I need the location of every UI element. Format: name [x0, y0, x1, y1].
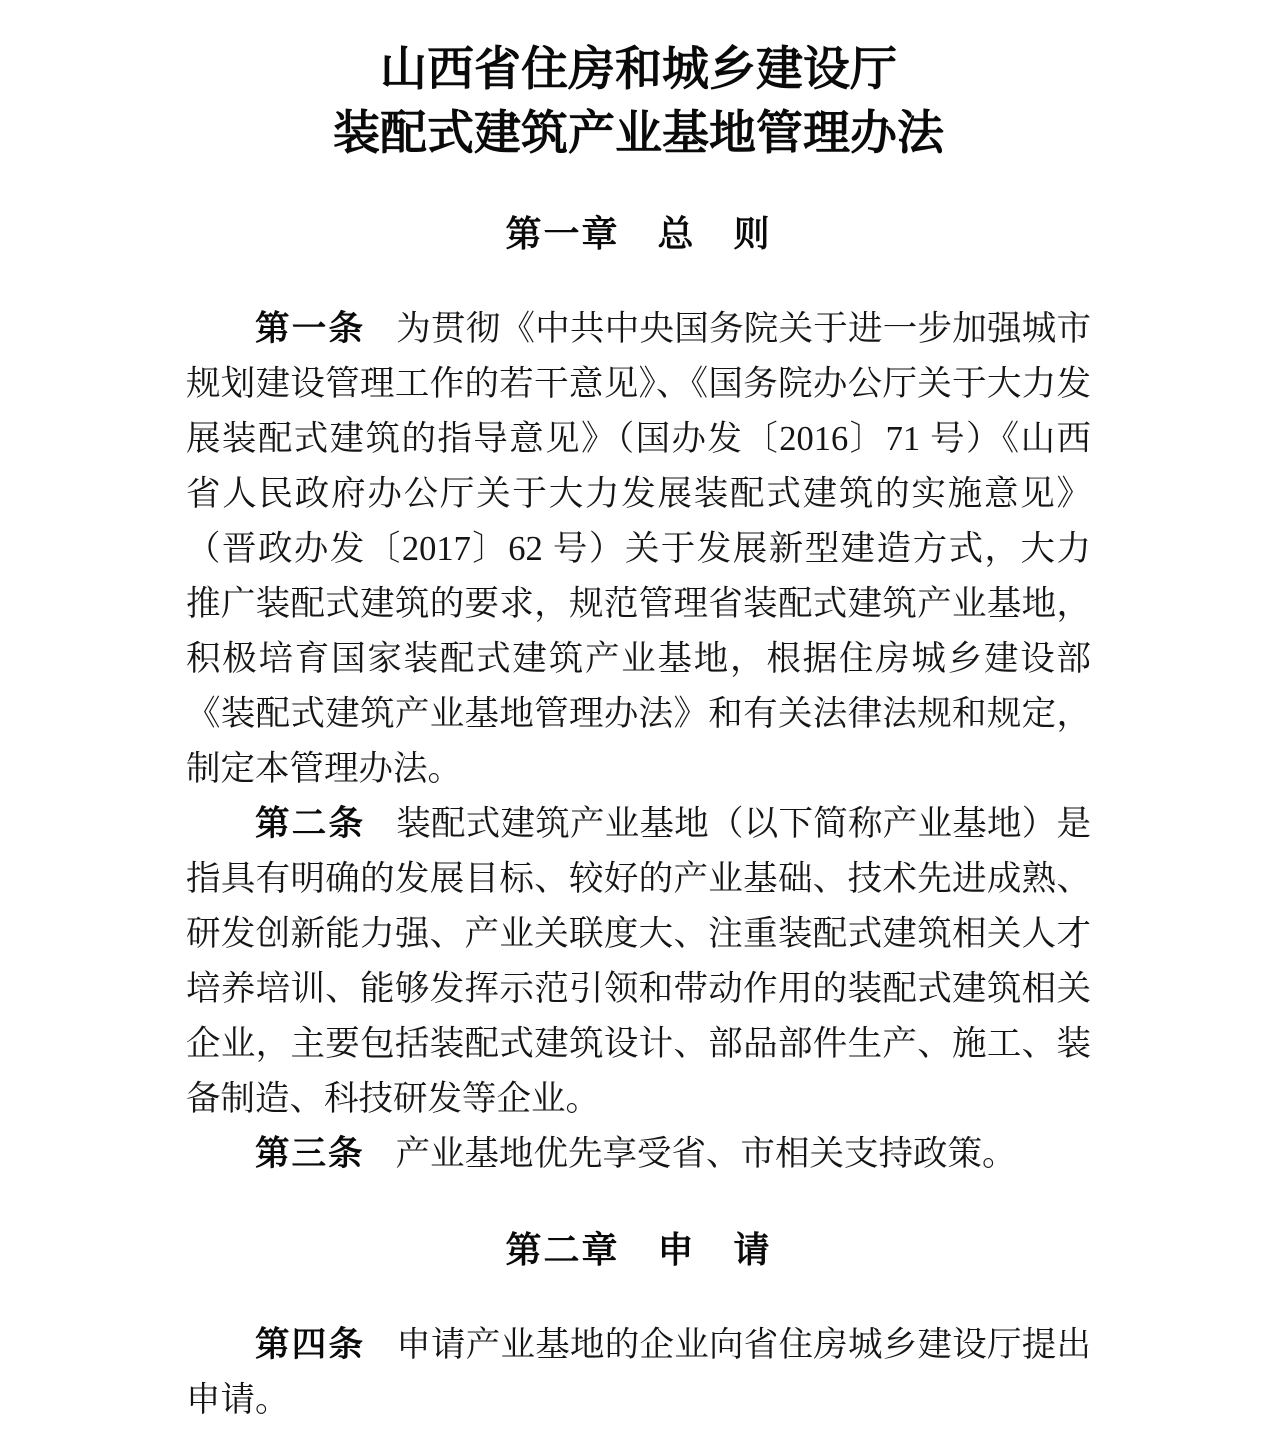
document-title-line-1: 山西省住房和城乡建设厅 — [186, 38, 1091, 102]
article-1-text: 为贯彻《中共中央国务院关于进一步加强城市规划建设管理工作的若干意见》、《国务院办… — [186, 310, 1091, 788]
article-2-label: 第二条 — [255, 805, 365, 843]
article-4: 第四条申请产业基地的企业向省住房城乡建设厅提出申请。 — [186, 1318, 1091, 1428]
document-title-line-2: 装配式建筑产业基地管理办法 — [186, 102, 1091, 166]
article-3-text: 产业基地优先享受省、市相关支持政策。 — [396, 1135, 1017, 1173]
article-2: 第二条装配式建筑产业基地（以下简称产业基地）是指具有明确的发展目标、较好的产业基… — [186, 797, 1091, 1127]
chapter-1-heading: 第一章 总 则 — [186, 211, 1091, 257]
document-title: 山西省住房和城乡建设厅 装配式建筑产业基地管理办法 — [186, 38, 1091, 166]
chapter-2-heading: 第二章 申 请 — [186, 1227, 1091, 1273]
article-3: 第三条产业基地优先享受省、市相关支持政策。 — [186, 1127, 1091, 1182]
article-2-text: 装配式建筑产业基地（以下简称产业基地）是指具有明确的发展目标、较好的产业基础、技… — [186, 805, 1091, 1118]
article-4-label: 第四条 — [255, 1326, 365, 1364]
article-1-label: 第一条 — [255, 310, 365, 348]
article-3-label: 第三条 — [255, 1135, 365, 1173]
article-1: 第一条为贯彻《中共中央国务院关于进一步加强城市规划建设管理工作的若干意见》、《国… — [186, 302, 1091, 797]
document-page: 山西省住房和城乡建设厅 装配式建筑产业基地管理办法 第一章 总 则 第一条为贯彻… — [0, 0, 1276, 1430]
